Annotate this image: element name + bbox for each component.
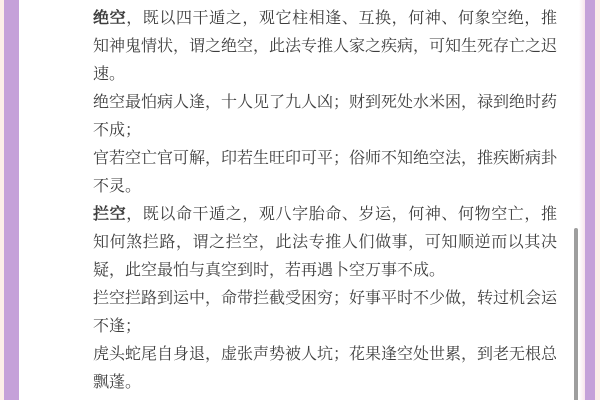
reader-page-text: 绝空，既以四干遁之，观它柱相逢、互换，何神、何象空绝，推知神鬼情状，谓之绝空，此… [93,5,557,397]
paragraph-text: ，既以四干遁之，观它柱相逢、互换，何神、何象空绝，推知神鬼情状，谓之绝空，此法专… [93,10,557,83]
paragraph-text: 官若空亡官可解，印若生旺印可平；俗师不知绝空法，推疾断病卦不灵。 [93,150,557,195]
paragraph: 绝空，既以四干遁之，观它柱相逢、互换，何神、何象空绝，推知神鬼情状，谓之绝空，此… [93,5,557,89]
paragraph: 官若空亡官可解，印若生旺印可平；俗师不知绝空法，推疾断病卦不灵。 [93,145,557,201]
paragraph-text: 虎头蛇尾自身退，虚张声势被人坑；花果逢空处世累，到老无根总飘蓬。 [93,346,557,391]
paragraph-text: 绝空最怕病人逢，十人见了九人凶；财到死处水米困，禄到绝时药不成； [93,94,557,139]
left-edge-purple-border [4,0,19,400]
paragraph: 虎头蛇尾自身退，虚张声势被人坑；花果逢空处世累，到老无根总飘蓬。 [93,341,557,397]
paragraph-text: ，既以命干遁之，观八字胎命、岁运，何神、何物空亡，推知何煞拦路，谓之拦空，此法专… [93,206,557,279]
paragraph: 拦空拦路到运中，命带拦截受困穷；好事平时不少做，转过机会运不逢； [93,285,557,341]
paragraph: 绝空最怕病人逢，十人见了九人凶；财到死处水米困，禄到绝时药不成； [93,89,557,145]
paragraph: 拦空，既以命干遁之，观八字胎命、岁运，何神、何物空亡，推知何煞拦路，谓之拦空，此… [93,201,557,285]
paragraph-text: 拦空拦路到运中，命带拦截受困穷；好事平时不少做，转过机会运不逢； [93,290,557,335]
scrollbar-thumb[interactable] [574,228,578,400]
right-edge-pink-border [595,0,600,400]
term-lead: 拦空 [93,206,126,223]
right-edge-purple-border [585,0,595,400]
term-lead: 绝空 [93,10,126,27]
